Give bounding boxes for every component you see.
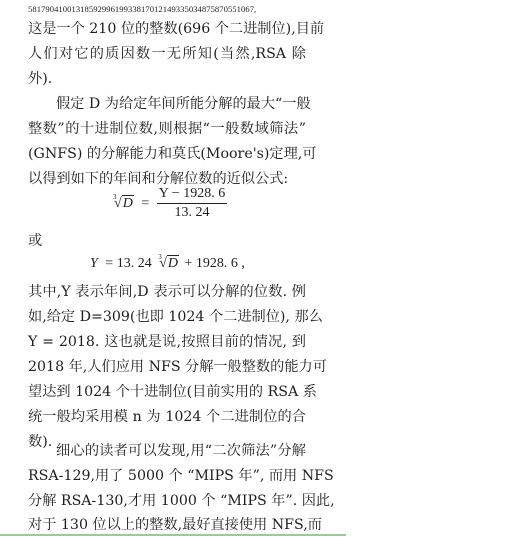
or-word: 或 bbox=[28, 232, 306, 250]
paragraph-4-line-2: RSA-129,用了 5000 个 “MIPS 年”, 而用 NFS bbox=[28, 467, 306, 485]
paragraph-1-line-2: 人们对它的质因数一无所知(当然,RSA 除 bbox=[28, 45, 306, 63]
paragraph-3-line-1: 其中,Y 表示年间,D 表示可以分解的位数. 例 bbox=[28, 283, 306, 301]
paragraph-2-line-1: 假定 D 为给定年间所能分解的最大“一般 bbox=[56, 95, 306, 113]
paragraph-2-line-2: 整数”的十进制位数,则根据“一般数域筛法” bbox=[28, 120, 306, 138]
fraction: Y − 1928. 6 13. 24 bbox=[157, 186, 228, 221]
paragraph-3-line-5: 望达到 1024 个十进制位(目前实用的 RSA 系 bbox=[28, 383, 306, 401]
number-continuation-line: 5817904100131859299619933817012149335034… bbox=[28, 4, 256, 14]
cube-root: 3 √D bbox=[114, 196, 134, 212]
cube-root: 3 √D bbox=[159, 256, 179, 272]
paragraph-3-line-3: Y = 2018. 这也就是说,按照目前的情况, 到 bbox=[28, 333, 306, 351]
document-page: 5817904100131859299619933817012149335034… bbox=[0, 0, 512, 537]
paragraph-1-line-1: 这是一个 210 位的整数(696 个二进制位),目前 bbox=[28, 20, 306, 38]
paragraph-3-line-2: 如,给定 D=309(也即 1024 个二进制位), 那么 bbox=[28, 308, 306, 326]
paragraph-3-line-4: 2018 年,人们应用 NFS 分解一般整数的能力可 bbox=[28, 358, 306, 376]
paragraph-3-line-6: 统一般均采用模 n 为 1024 个二进制位的合 bbox=[28, 408, 306, 426]
paragraph-4-line-1: 细心的读者可以发现,用“二次筛法”分解 bbox=[56, 442, 306, 460]
paragraph-4-line-3: 分解 RSA-130,才用 1000 个 “MIPS 年”. 因此, bbox=[28, 492, 306, 510]
bottom-rule-divider bbox=[0, 534, 346, 536]
formula-year: Y = 13. 24 3 √D + 1928. 6 , bbox=[90, 256, 245, 272]
paragraph-2-line-3: (GNFS) 的分解能力和莫氏(Moore's)定理,可 bbox=[28, 145, 306, 163]
paragraph-4-line-4: 对于 130 位以上的整数,最好直接使用 NFS,而 bbox=[28, 516, 306, 534]
formula-cube-root-d: 3 √D = Y − 1928. 6 13. 24 bbox=[114, 186, 227, 221]
paragraph-1-line-3: 外). bbox=[28, 70, 306, 88]
